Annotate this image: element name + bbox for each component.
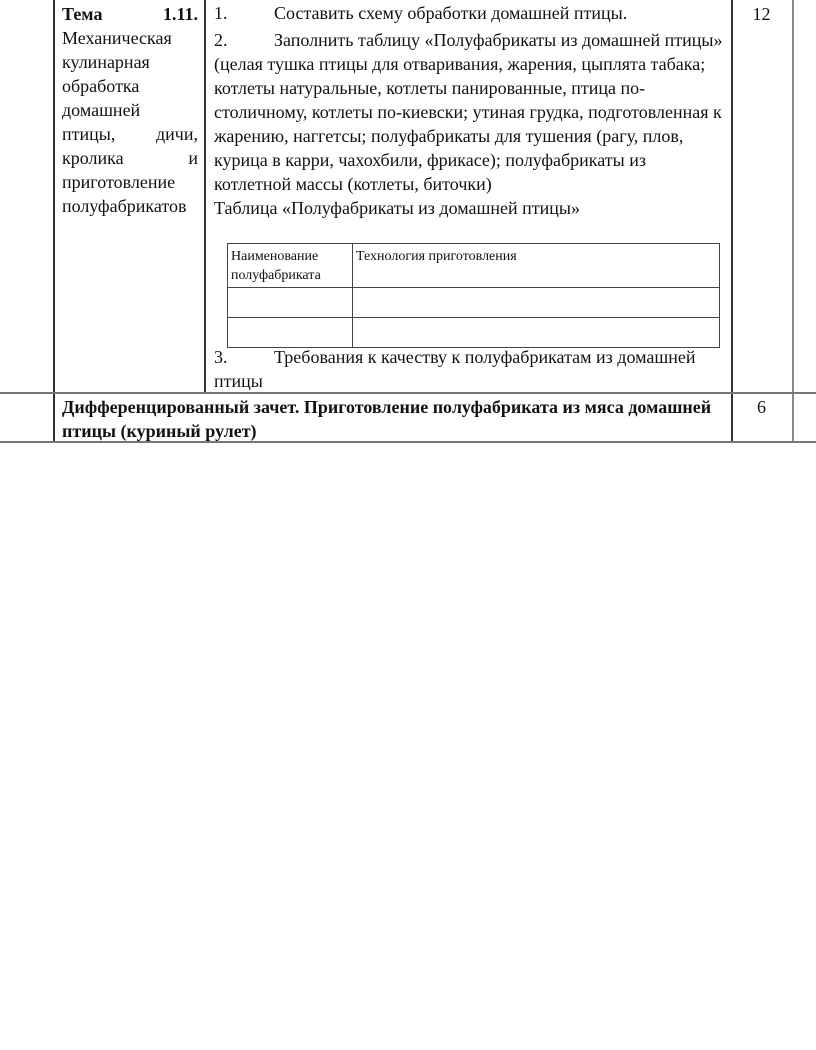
topic-line: кулинарная xyxy=(62,50,198,74)
table-border-left xyxy=(53,0,55,442)
credit-task-text: Дифференцированный зачет. Приготовление … xyxy=(62,395,727,443)
topic-label: Тема xyxy=(62,2,102,26)
task-number: 3. xyxy=(214,345,274,369)
topic-word: и xyxy=(188,146,198,170)
task-text: Заполнить таблицу «Полуфабрикаты из дома… xyxy=(214,30,723,194)
topic-line: Механическая xyxy=(62,26,198,50)
table-cell[interactable] xyxy=(228,288,353,318)
task-item: 2.Заполнить таблицу «Полуфабрикаты из до… xyxy=(214,28,724,196)
topic-word: дичи, xyxy=(156,122,198,146)
topic-word: птицы, xyxy=(62,122,115,146)
table-header-row: Наименование полуфабриката Технология пр… xyxy=(228,244,720,288)
header-technology: Технология приготовления xyxy=(353,244,720,288)
table-column-divider xyxy=(792,0,794,442)
topic-line: птицы, дичи, xyxy=(62,122,198,146)
topic-cell: Тема 1.11. Механическая кулинарная обраб… xyxy=(62,2,198,218)
table-cell[interactable] xyxy=(353,288,720,318)
topic-word: кролика xyxy=(62,146,124,170)
table-column-divider xyxy=(731,0,733,442)
semi-finished-products-table: Наименование полуфабриката Технология пр… xyxy=(227,243,720,348)
tasks-cell: 1.Составить схему обработки домашней пти… xyxy=(214,1,724,220)
table-cell[interactable] xyxy=(228,318,353,348)
hours-value: 6 xyxy=(731,395,792,419)
topic-line: домашней xyxy=(62,98,198,122)
table-cell[interactable] xyxy=(353,318,720,348)
topic-line: приготовление xyxy=(62,170,198,194)
task-number: 2. xyxy=(214,28,274,52)
topic-number: 1.11. xyxy=(163,2,198,26)
task-item: 1.Составить схему обработки домашней пти… xyxy=(214,1,724,25)
task-text: Составить схему обработки домашней птицы… xyxy=(274,3,627,23)
topic-line: обработка xyxy=(62,74,198,98)
task-item: 3.Требования к качеству к полуфабрикатам… xyxy=(214,345,724,393)
topic-line: полуфабрикатов xyxy=(62,194,198,218)
table-column-divider xyxy=(204,0,206,393)
table-row xyxy=(228,288,720,318)
hours-value: 12 xyxy=(731,2,792,26)
table-row xyxy=(228,318,720,348)
topic-line: кролика и xyxy=(62,146,198,170)
topic-title: Тема 1.11. xyxy=(62,2,198,26)
task-text: Требования к качеству к полуфабрикатам и… xyxy=(214,347,695,391)
table-caption: Таблица «Полуфабрикаты из домашней птицы… xyxy=(214,196,724,220)
task-number: 1. xyxy=(214,1,274,25)
header-name: Наименование полуфабриката xyxy=(228,244,353,288)
